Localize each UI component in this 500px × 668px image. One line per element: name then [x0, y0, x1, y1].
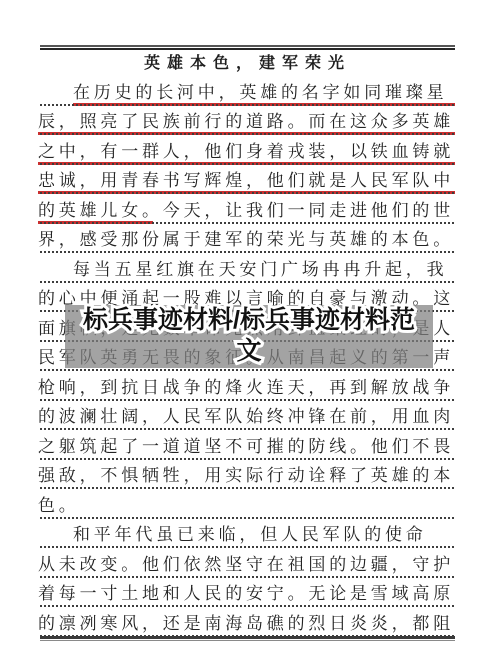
line-text: 着每一寸土地和人民的安宁。无论是雪域高原	[38, 579, 454, 604]
red-underline	[38, 221, 153, 224]
text-line: 之躯筑起了一道道坚不可摧的防线。他们不畏	[38, 430, 458, 460]
text-line: 从未改变。他们依然坚守在祖国的边疆，守护	[38, 548, 458, 578]
text-line: 的波澜壮阔，人民军队始终冲锋在前，用血肉	[38, 401, 458, 431]
line-text: 从未改变。他们依然坚守在祖国的边疆，守护	[38, 550, 454, 575]
text-line: 每当五星红旗在天安门广场冉冉升起，我	[38, 253, 458, 283]
red-underline	[38, 132, 455, 135]
line-text: 的英雄儿女。今天，让我们一同走进他们的世	[38, 196, 454, 221]
line-text: 的凛冽寒风，还是南海岛礁的烈日炎炎，都阻	[38, 609, 454, 634]
red-underline	[38, 162, 455, 165]
text-line: 辰，照亮了民族前行的道路。而在这众多英雄	[38, 106, 458, 136]
line-text: 之躯筑起了一道道坚不可摧的防线。他们不畏	[38, 432, 454, 457]
red-underline	[73, 103, 455, 106]
line-text: 强敌，不惧牺牲，用实际行动诠释了英雄的本	[38, 461, 454, 486]
text-line: 界，感受那份属于建军的荣光与英雄的本色。	[38, 224, 458, 254]
watermark-title-line2: 文 文	[65, 336, 433, 367]
line-text: 每当五星红旗在天安门广场冉冉升起，我	[73, 255, 447, 280]
text-line: 色。	[38, 489, 458, 519]
line-text: 界，感受那份属于建军的荣光与英雄的本色。	[38, 225, 454, 250]
top-double-border	[40, 45, 455, 50]
watermark-title-text: 文	[236, 337, 261, 365]
line-text: 辰，照亮了民族前行的道路。而在这众多英雄	[38, 107, 454, 132]
text-line: 强敌，不惧牺牲，用实际行动诠释了英雄的本	[38, 460, 458, 490]
text-line: 着每一寸土地和人民的安宁。无论是雪域高原	[38, 578, 458, 608]
line-text: 枪响，到抗日战争的烽火连天，再到解放战争	[38, 373, 454, 398]
text-line: 和平年代虽已来临，但人民军队的使命	[38, 519, 458, 549]
watermark-title-overlay: 标兵事迹材料/标兵事迹材料范 标兵事迹材料/标兵事迹材料范 文 文	[65, 305, 433, 368]
document-page: 英雄本色，建军荣光 在历史的长河中，英雄的名字如同璀璨星 辰，照亮了民族前行的道…	[0, 0, 500, 668]
text-line: 枪响，到抗日战争的烽火连天，再到解放战争	[38, 371, 458, 401]
line-text: 的波澜壮阔，人民军队始终冲锋在前，用血肉	[38, 402, 454, 427]
text-line: 在历史的长河中，英雄的名字如同璀璨星	[38, 76, 458, 106]
line-text: 和平年代虽已来临，但人民军队的使命	[73, 520, 427, 545]
line-text: 在历史的长河中，英雄的名字如同璀璨星	[73, 78, 447, 103]
document-heading: 英雄本色，建军荣光	[40, 51, 455, 76]
line-text: 忠诚，用青春书写辉煌，他们就是人民军队中	[38, 166, 454, 191]
line-text: 色。	[38, 491, 80, 516]
line-text: 之中，有一群人，他们身着戎装，以铁血铸就	[38, 137, 454, 162]
text-line: 之中，有一群人，他们身着戎装，以铁血铸就	[38, 135, 458, 165]
text-line: 忠诚，用青春书写辉煌，他们就是人民军队中	[38, 165, 458, 195]
red-underline	[38, 191, 455, 194]
text-line: 的凛冽寒风，还是南海岛礁的烈日炎炎，都阻	[38, 607, 458, 637]
watermark-title-line1: 标兵事迹材料/标兵事迹材料范 标兵事迹材料/标兵事迹材料范	[65, 305, 433, 336]
bottom-double-border	[40, 636, 455, 641]
watermark-title-text: 标兵事迹材料/标兵事迹材料范	[83, 306, 415, 334]
text-line: 的英雄儿女。今天，让我们一同走进他们的世	[38, 194, 458, 224]
